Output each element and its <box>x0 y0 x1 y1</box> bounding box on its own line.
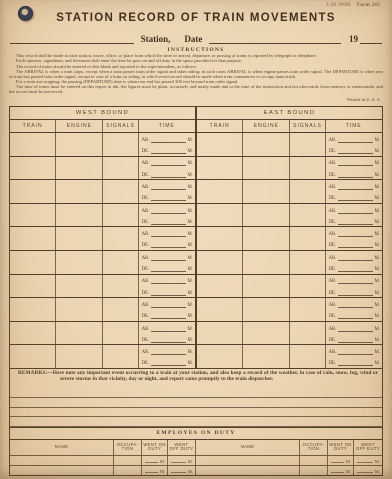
arrive-time-line[interactable]: AR. M. <box>326 133 382 144</box>
meridian-label: M. <box>375 469 380 474</box>
went-on-duty-cell[interactable]: M. <box>142 456 168 465</box>
depart-time-line[interactable]: DE. M. <box>326 239 382 250</box>
engine-cell[interactable] <box>56 251 103 274</box>
time-write-line[interactable] <box>151 306 185 308</box>
time-write-line[interactable] <box>151 199 185 201</box>
arrive-time-line[interactable]: AR. M. <box>139 204 195 215</box>
east-columns: TRAIN ENGINE SIGNALS TIME <box>195 120 382 132</box>
arrive-time-line[interactable]: AR. M. <box>326 345 382 356</box>
signals-cell[interactable] <box>103 227 138 250</box>
time-write-line[interactable] <box>338 152 372 154</box>
meridian-label: M. <box>188 338 193 343</box>
col-went-on-duty: WENT ON DUTY <box>328 440 354 455</box>
employee-occupation-cell[interactable] <box>300 456 328 465</box>
meridian-label: M. <box>188 350 193 355</box>
time-cell[interactable]: AR. M. DE. M. <box>139 298 195 321</box>
signals-cell[interactable] <box>103 204 138 227</box>
depart-time-line[interactable]: DE. M. <box>326 144 382 155</box>
remarks-body: —Here note any important event occurring… <box>47 370 378 382</box>
depart-label: DE. <box>142 338 150 343</box>
employee-occupation-cell[interactable] <box>114 466 142 475</box>
train-cell[interactable] <box>197 251 243 274</box>
employees-heading: EMPLOYES ON DUTY <box>10 427 382 439</box>
time-write-line[interactable] <box>145 462 158 463</box>
engine-cell[interactable] <box>56 322 103 345</box>
employees-header-row: NAME OCCUPA- TION WENT ON DUTY WENT OFF … <box>10 440 382 455</box>
col-occupation: OCCUPA- TION <box>300 440 328 455</box>
time-cell[interactable]: AR. M. DE. M. <box>139 180 195 203</box>
meridian-label: M. <box>375 149 380 154</box>
arrive-time-line[interactable]: AR. M. <box>139 298 195 309</box>
signals-cell[interactable] <box>103 180 138 203</box>
time-cell[interactable]: AR. M. DE. M. <box>139 322 195 345</box>
arrive-label: AR. <box>142 185 150 190</box>
meridian-label: M. <box>188 138 193 143</box>
station-blank-field[interactable] <box>10 42 134 44</box>
time-cell[interactable]: AR. M. DE. M. <box>139 133 195 156</box>
time-write-line[interactable] <box>338 306 372 308</box>
arrive-time-line[interactable]: AR. M. <box>326 251 382 262</box>
signals-cell[interactable] <box>290 345 325 368</box>
train-cell[interactable] <box>197 322 243 345</box>
station-label: Station, <box>141 34 171 44</box>
time-write-line[interactable] <box>338 259 372 261</box>
remarks-ruled-line[interactable] <box>10 389 382 399</box>
meridian-label: M. <box>188 220 193 225</box>
arrive-time-line[interactable]: AR. M. <box>139 251 195 262</box>
train-cell[interactable] <box>197 180 243 203</box>
engine-cell[interactable] <box>243 251 290 274</box>
instruction-paragraph: The time of trains must be entered on th… <box>9 85 383 95</box>
east-half: AR. M. DE. M. <box>195 275 382 298</box>
train-cell[interactable] <box>10 204 56 227</box>
arrive-time-line[interactable]: AR. M. <box>139 157 195 168</box>
employee-name-cell[interactable] <box>10 456 114 465</box>
engine-cell[interactable] <box>243 275 290 298</box>
time-write-line[interactable] <box>151 294 185 296</box>
went-off-duty-cell[interactable]: M. <box>354 466 382 475</box>
date-label: Date <box>184 34 202 44</box>
year-blank-field[interactable] <box>360 42 382 44</box>
meridian-label: M. <box>375 361 380 366</box>
train-cell[interactable] <box>197 157 243 180</box>
east-half: AR. M. DE. M. <box>195 298 382 321</box>
signals-cell[interactable] <box>103 275 138 298</box>
depart-time-line[interactable]: DE. M. <box>326 333 382 344</box>
meridian-label: M. <box>188 256 193 261</box>
time-cell[interactable]: AR. M. DE. M. <box>139 204 195 227</box>
col-engine: ENGINE <box>243 120 290 132</box>
meridian-label: M. <box>375 291 380 296</box>
depart-time-line[interactable]: DE. M. <box>326 191 382 202</box>
east-half: AR. M. DE. M. <box>195 180 382 203</box>
meridian-label: M. <box>375 256 380 261</box>
train-cell[interactable] <box>197 298 243 321</box>
engine-cell[interactable] <box>243 227 290 250</box>
time-write-line[interactable] <box>338 330 372 332</box>
time-write-line[interactable] <box>151 259 185 261</box>
east-half: AR. M. DE. M. <box>195 251 382 274</box>
arrive-label: AR. <box>142 232 150 237</box>
depart-time-line[interactable]: DE. M. <box>139 333 195 344</box>
time-write-line[interactable] <box>338 188 372 190</box>
engine-cell[interactable] <box>56 180 103 203</box>
went-on-duty-cell[interactable]: M. <box>328 456 354 465</box>
time-write-line[interactable] <box>338 141 372 143</box>
time-write-line[interactable] <box>338 164 372 166</box>
train-cell[interactable] <box>197 345 243 368</box>
time-cell[interactable]: AR. M. DE. M. <box>326 204 382 227</box>
meridian-label: M. <box>375 185 380 190</box>
meridian-label: M. <box>188 173 193 178</box>
time-write-line[interactable] <box>151 223 185 225</box>
train-cell[interactable] <box>197 133 243 156</box>
arrive-label: AR. <box>329 350 337 355</box>
time-cell[interactable]: AR. M. DE. M. <box>326 298 382 321</box>
engine-cell[interactable] <box>243 157 290 180</box>
depart-label: DE. <box>329 314 337 319</box>
signals-cell[interactable] <box>103 298 138 321</box>
col-went-on-duty: WENT ON DUTY <box>142 440 168 455</box>
meridian-label: M. <box>375 161 380 166</box>
time-cell[interactable]: AR. M. DE. M. <box>139 275 195 298</box>
train-cell[interactable] <box>10 275 56 298</box>
time-cell[interactable]: AR. M. DE. M. <box>139 227 195 250</box>
depart-time-line[interactable]: DE. M. <box>139 191 195 202</box>
depart-label: DE. <box>142 314 150 319</box>
time-write-line[interactable] <box>338 294 372 296</box>
depart-label: DE. <box>329 196 337 201</box>
time-write-line[interactable] <box>338 212 372 214</box>
col-train: TRAIN <box>10 120 56 132</box>
depart-time-line[interactable]: DE. M. <box>139 357 195 368</box>
west-columns: TRAIN ENGINE SIGNALS TIME <box>10 120 195 132</box>
engine-cell[interactable] <box>56 298 103 321</box>
movements-rows: AR. M. DE. M. <box>10 132 382 368</box>
engine-cell[interactable] <box>56 345 103 368</box>
meridian-label: M. <box>188 291 193 296</box>
meridian-label: M. <box>375 314 380 319</box>
time-write-line[interactable] <box>338 176 372 178</box>
time-write-line[interactable] <box>338 199 372 201</box>
depart-label: DE. <box>329 267 337 272</box>
time-write-line[interactable] <box>151 330 185 332</box>
movement-row: AR. M. DE. M. <box>10 321 382 345</box>
arrive-label: AR. <box>329 279 337 284</box>
train-cell[interactable] <box>10 298 56 321</box>
time-write-line[interactable] <box>331 472 344 473</box>
signals-cell[interactable] <box>290 180 325 203</box>
went-off-duty-cell[interactable]: M. <box>168 456 196 465</box>
signals-cell[interactable] <box>290 251 325 274</box>
time-write-line[interactable] <box>151 188 185 190</box>
time-write-line[interactable] <box>151 235 185 237</box>
went-off-duty-cell[interactable]: M. <box>168 466 196 475</box>
time-cell[interactable]: AR. M. DE. M. <box>326 227 382 250</box>
engine-cell[interactable] <box>56 227 103 250</box>
arrive-time-line[interactable]: AR. M. <box>139 227 195 238</box>
meridian-label: M. <box>375 327 380 332</box>
printed-in-usa-note: Printed in U. S. A. <box>347 97 381 102</box>
arrive-time-line[interactable]: AR. M. <box>326 275 382 286</box>
remarks-text: REMARKS:—Here note any important event o… <box>14 371 378 383</box>
form-body: WEST BOUND EAST BOUND TRAIN ENGINE SIGNA… <box>9 106 383 476</box>
time-write-line[interactable] <box>331 462 344 463</box>
instruction-paragraph: The ARRIVAL is when a train stops, excep… <box>9 70 383 80</box>
signals-cell[interactable] <box>103 322 138 345</box>
form-print-note: 3-28 100M <box>326 3 351 8</box>
arrive-time-line[interactable]: AR. M. <box>139 345 195 356</box>
time-write-line[interactable] <box>151 270 185 272</box>
time-write-line[interactable] <box>151 364 185 366</box>
page-title: STATION RECORD OF TRAIN MOVEMENTS <box>0 12 392 24</box>
time-write-line[interactable] <box>357 472 373 473</box>
arrive-time-line[interactable]: AR. M. <box>326 322 382 333</box>
movement-row: AR. M. DE. M. <box>10 226 382 250</box>
arrive-time-line[interactable]: AR. M. <box>139 322 195 333</box>
meridian-label: M. <box>188 232 193 237</box>
signals-cell[interactable] <box>290 157 325 180</box>
engine-cell[interactable] <box>243 180 290 203</box>
col-occupation: OCCUPA- TION <box>114 440 142 455</box>
depart-time-line[interactable]: DE. M. <box>139 262 195 273</box>
time-cell[interactable]: AR. M. DE. M. <box>326 345 382 368</box>
depart-time-line[interactable]: DE. M. <box>326 357 382 368</box>
time-cell[interactable]: AR. M. DE. M. <box>326 275 382 298</box>
depart-label: DE. <box>142 361 150 366</box>
time-write-line[interactable] <box>338 270 372 272</box>
arrive-time-line[interactable]: AR. M. <box>139 180 195 191</box>
remarks-ruled-line[interactable] <box>10 417 382 427</box>
depart-time-line[interactable]: DE. M. <box>139 215 195 226</box>
col-time: TIME <box>139 120 195 132</box>
col-signals: SIGNALS <box>290 120 325 132</box>
movement-row: AR. M. DE. M. <box>10 156 382 180</box>
time-write-line[interactable] <box>151 141 185 143</box>
meridian-label: M. <box>160 459 165 464</box>
time-write-line[interactable] <box>338 246 372 248</box>
train-cell[interactable] <box>10 180 56 203</box>
train-cell[interactable] <box>10 157 56 180</box>
arrive-time-line[interactable]: AR. M. <box>326 180 382 191</box>
arrive-time-line[interactable]: AR. M. <box>326 227 382 238</box>
employees-table: NAME OCCUPA- TION WENT ON DUTY WENT OFF … <box>10 439 382 475</box>
train-cell[interactable] <box>10 251 56 274</box>
time-write-line[interactable] <box>338 282 372 284</box>
meridian-label: M. <box>375 279 380 284</box>
went-on-duty-cell[interactable]: M. <box>142 466 168 475</box>
depart-label: DE. <box>142 220 150 225</box>
time-write-line[interactable] <box>357 462 373 463</box>
time-cell[interactable]: AR. M. DE. M. <box>326 157 382 180</box>
time-write-line[interactable] <box>171 472 186 473</box>
movement-row: AR. M. DE. M. <box>10 297 382 321</box>
remarks-ruled-line[interactable] <box>10 408 382 418</box>
went-off-duty-cell[interactable]: M. <box>354 456 382 465</box>
movements-group-header: WEST BOUND EAST BOUND <box>10 107 382 119</box>
time-cell[interactable]: AR. M. DE. M. <box>326 251 382 274</box>
time-cell[interactable]: AR. M. DE. M. <box>326 322 382 345</box>
time-write-line[interactable] <box>151 212 185 214</box>
signals-cell[interactable] <box>290 133 325 156</box>
signals-cell[interactable] <box>290 298 325 321</box>
west-half: AR. M. DE. M. <box>10 322 195 345</box>
arrive-label: AR. <box>329 327 337 332</box>
engine-cell[interactable] <box>243 204 290 227</box>
arrive-label: AR. <box>329 138 337 143</box>
depart-time-line[interactable]: DE. M. <box>326 262 382 273</box>
time-write-line[interactable] <box>151 176 185 178</box>
depart-time-line[interactable]: DE. M. <box>139 309 195 320</box>
arrive-time-line[interactable]: AR. M. <box>139 275 195 286</box>
time-write-line[interactable] <box>338 317 372 319</box>
depart-time-line[interactable]: DE. M. <box>326 286 382 297</box>
signals-cell[interactable] <box>290 322 325 345</box>
train-cell[interactable] <box>10 133 56 156</box>
west-half: AR. M. DE. M. <box>10 157 195 180</box>
employee-occupation-cell[interactable] <box>300 466 328 475</box>
station-record-form: 3-28 100MForm 243 STATION RECORD OF TRAI… <box>0 0 392 479</box>
train-cell[interactable] <box>10 227 56 250</box>
time-write-line[interactable] <box>151 152 185 154</box>
meridian-label: M. <box>188 243 193 248</box>
went-on-duty-cell[interactable]: M. <box>328 466 354 475</box>
remarks-ruled-line-row <box>10 417 382 427</box>
col-train: TRAIN <box>197 120 243 132</box>
engine-cell[interactable] <box>56 157 103 180</box>
time-write-line[interactable] <box>338 223 372 225</box>
time-write-line[interactable] <box>145 472 158 473</box>
meridian-label: M. <box>346 459 351 464</box>
meridian-label: M. <box>188 303 193 308</box>
west-half: AR. M. DE. M. <box>10 180 195 203</box>
time-write-line[interactable] <box>151 353 185 355</box>
time-write-line[interactable] <box>338 341 372 343</box>
movement-row: AR. M. DE. M. <box>10 179 382 203</box>
meridian-label: M. <box>375 267 380 272</box>
signals-cell[interactable] <box>103 133 138 156</box>
time-cell[interactable]: AR. M. DE. M. <box>139 157 195 180</box>
engine-cell[interactable] <box>56 204 103 227</box>
employee-name-cell[interactable] <box>196 456 300 465</box>
train-cell[interactable] <box>197 275 243 298</box>
west-half: AR. M. DE. M. <box>10 298 195 321</box>
movement-row: AR. M. DE. M. <box>10 132 382 156</box>
meridian-label: M. <box>375 338 380 343</box>
depart-label: DE. <box>329 361 337 366</box>
time-write-line[interactable] <box>338 364 372 366</box>
col-name: NAME <box>10 440 114 455</box>
meridian-label: M. <box>375 243 380 248</box>
east-half: AR. M. DE. M. <box>195 157 382 180</box>
employee-name-cell[interactable] <box>196 466 300 475</box>
east-half: AR. M. DE. M. <box>195 322 382 345</box>
time-cell[interactable]: AR. M. DE. M. <box>326 133 382 156</box>
time-cell[interactable]: AR. M. DE. M. <box>326 180 382 203</box>
depart-time-line[interactable]: DE. M. <box>326 309 382 320</box>
date-blank-field[interactable] <box>209 42 341 44</box>
arrive-time-line[interactable]: AR. M. <box>326 204 382 215</box>
arrive-time-line[interactable]: AR. M. <box>326 157 382 168</box>
engine-cell[interactable] <box>243 298 290 321</box>
depart-time-line[interactable]: DE. M. <box>139 144 195 155</box>
signals-cell[interactable] <box>103 345 138 368</box>
depart-time-line[interactable]: DE. M. <box>139 286 195 297</box>
depart-label: DE. <box>329 149 337 154</box>
arrive-label: AR. <box>329 185 337 190</box>
depart-time-line[interactable]: DE. M. <box>326 215 382 226</box>
time-cell[interactable]: AR. M. DE. M. <box>139 251 195 274</box>
depart-label: DE. <box>142 149 150 154</box>
engine-cell[interactable] <box>243 345 290 368</box>
engine-cell[interactable] <box>56 275 103 298</box>
meridian-label: M. <box>375 173 380 178</box>
col-name: NAME <box>196 440 300 455</box>
arrive-time-line[interactable]: AR. M. <box>139 133 195 144</box>
time-write-line[interactable] <box>151 282 185 284</box>
engine-cell[interactable] <box>243 322 290 345</box>
signals-cell[interactable] <box>290 227 325 250</box>
time-write-line[interactable] <box>151 341 185 343</box>
depart-time-line[interactable]: DE. M. <box>326 168 382 179</box>
engine-cell[interactable] <box>243 133 290 156</box>
arrive-label: AR. <box>142 327 150 332</box>
movement-row: AR. M. DE. M. <box>10 250 382 274</box>
signals-cell[interactable] <box>103 251 138 274</box>
arrive-label: AR. <box>329 303 337 308</box>
time-cell[interactable]: AR. M. DE. M. <box>139 345 195 368</box>
time-write-line[interactable] <box>151 164 185 166</box>
time-write-line[interactable] <box>151 317 185 319</box>
employee-occupation-cell[interactable] <box>114 456 142 465</box>
engine-cell[interactable] <box>56 133 103 156</box>
depart-time-line[interactable]: DE. M. <box>139 168 195 179</box>
east-half: AR. M. DE. M. <box>195 227 382 250</box>
depart-label: DE. <box>329 291 337 296</box>
depart-label: DE. <box>142 173 150 178</box>
form-number: 3-28 100MForm 243 <box>326 3 380 8</box>
west-half: AR. M. DE. M. <box>10 227 195 250</box>
arrive-label: AR. <box>142 350 150 355</box>
train-cell[interactable] <box>10 322 56 345</box>
time-write-line[interactable] <box>338 353 372 355</box>
col-went-off-duty: WENT OFF DUTY <box>168 440 196 455</box>
time-write-line[interactable] <box>151 246 185 248</box>
meridian-label: M. <box>346 469 351 474</box>
employee-row: M. M. M. M. <box>10 455 382 465</box>
arrive-label: AR. <box>142 256 150 261</box>
signals-cell[interactable] <box>290 204 325 227</box>
train-cell[interactable] <box>197 227 243 250</box>
meridian-label: M. <box>375 209 380 214</box>
signals-cell[interactable] <box>103 157 138 180</box>
instructions-block: This record shall be made at each statio… <box>9 54 383 96</box>
train-cell[interactable] <box>197 204 243 227</box>
year-prefix: 19 <box>349 34 358 44</box>
arrive-time-line[interactable]: AR. M. <box>326 298 382 309</box>
time-write-line[interactable] <box>338 235 372 237</box>
depart-label: DE. <box>142 291 150 296</box>
meridian-label: M. <box>188 314 193 319</box>
time-write-line[interactable] <box>171 462 186 463</box>
signals-cell[interactable] <box>290 275 325 298</box>
arrive-label: AR. <box>142 209 150 214</box>
train-cell[interactable] <box>10 345 56 368</box>
remarks-ruled-line[interactable] <box>10 398 382 408</box>
employee-name-cell[interactable] <box>10 466 114 475</box>
depart-time-line[interactable]: DE. M. <box>139 239 195 250</box>
col-time: TIME <box>326 120 382 132</box>
